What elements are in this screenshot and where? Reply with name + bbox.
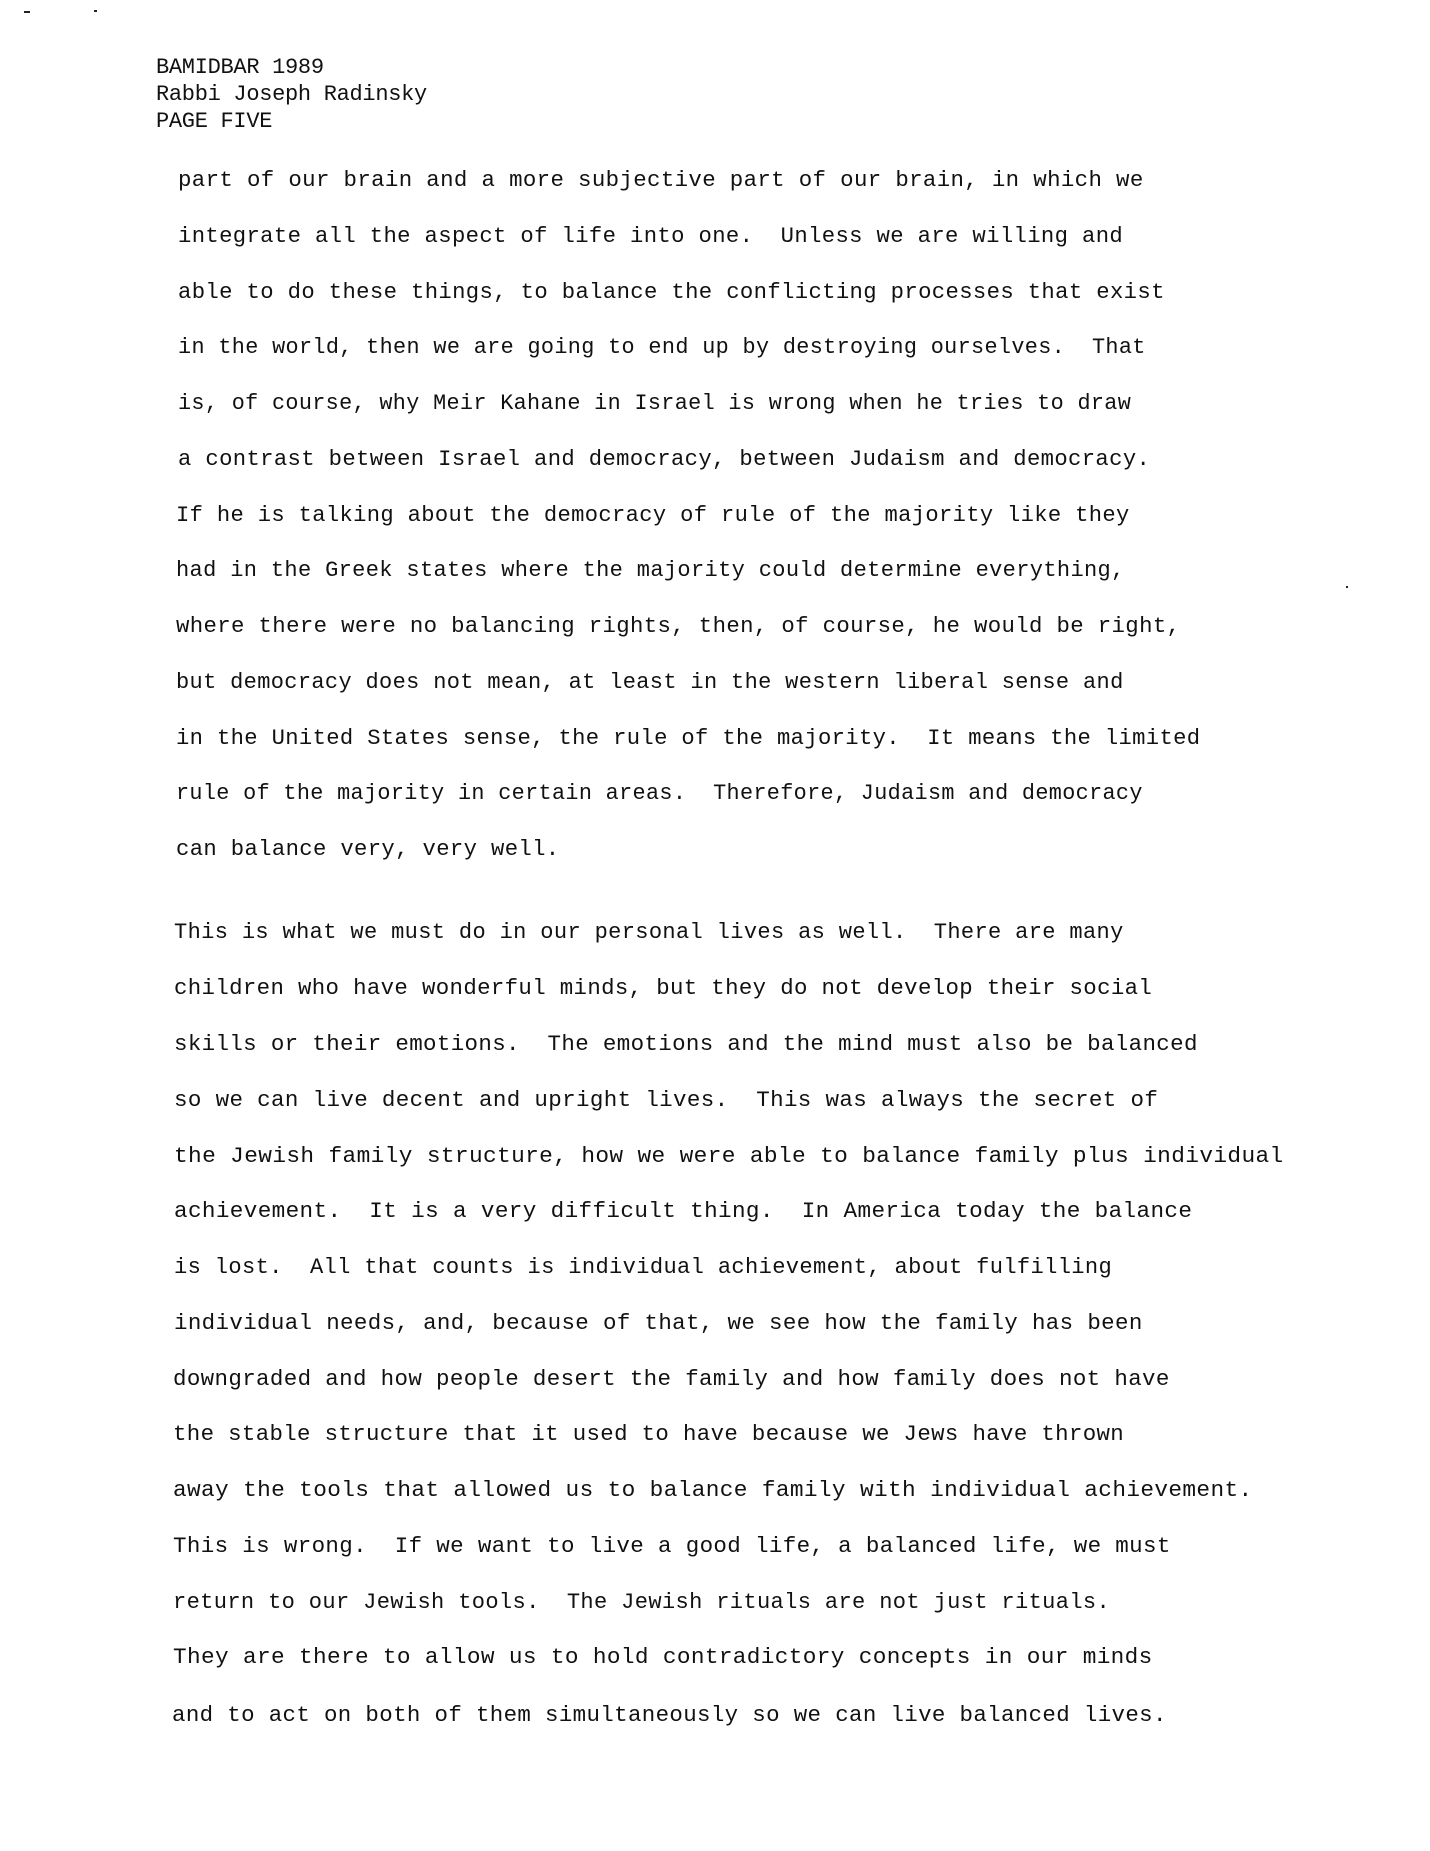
text-line: This is wrong. If we want to live a good…	[173, 1534, 1171, 1560]
scan-artifact	[24, 11, 30, 13]
text-line: a contrast between Israel and democracy,…	[178, 447, 1150, 473]
text-line: had in the Greek states where the majori…	[176, 558, 1125, 584]
text-line: and to act on both of them simultaneousl…	[172, 1703, 1167, 1729]
text-line: is lost. All that counts is individual a…	[174, 1255, 1112, 1281]
text-line: downgraded and how people desert the fam…	[173, 1367, 1170, 1393]
text-line: so we can live decent and upright lives.…	[174, 1088, 1158, 1114]
text-line: This is what we must do in our personal …	[174, 920, 1124, 946]
text-line: the stable structure that it used to hav…	[173, 1422, 1124, 1448]
text-line: children who have wonderful minds, but t…	[174, 976, 1152, 1002]
text-line: achievement. It is a very difficult thin…	[174, 1199, 1192, 1225]
text-line: but democracy does not mean, at least in…	[176, 670, 1124, 696]
text-line: away the tools that allowed us to balanc…	[173, 1478, 1253, 1504]
text-line: able to do these things, to balance the …	[178, 280, 1165, 306]
document-author: Rabbi Joseph Radinsky	[156, 81, 427, 108]
text-line: individual needs, and, because of that, …	[174, 1311, 1143, 1337]
document-header: BAMIDBAR 1989 Rabbi Joseph Radinsky PAGE…	[156, 54, 427, 135]
text-line: the Jewish family structure, how we were…	[174, 1144, 1284, 1170]
text-line: in the United States sense, the rule of …	[176, 726, 1200, 752]
text-line: is, of course, why Meir Kahane in Israel…	[178, 391, 1131, 417]
text-line: in the world, then we are going to end u…	[178, 335, 1146, 361]
page-label: PAGE FIVE	[156, 108, 427, 135]
text-line: return to our Jewish tools. The Jewish r…	[173, 1590, 1110, 1616]
text-line: If he is talking about the democracy of …	[176, 503, 1130, 529]
scan-artifact	[94, 10, 97, 12]
text-line: can balance very, very well.	[176, 837, 559, 863]
document-title: BAMIDBAR 1989	[156, 54, 427, 81]
scan-artifact	[1346, 586, 1348, 588]
text-line: where there were no balancing rights, th…	[176, 614, 1180, 640]
text-line: rule of the majority in certain areas. T…	[176, 781, 1143, 807]
text-line: They are there to allow us to hold contr…	[173, 1645, 1153, 1671]
text-line: integrate all the aspect of life into on…	[178, 224, 1123, 250]
text-line: part of our brain and a more subjective …	[178, 168, 1144, 194]
text-line: skills or their emotions. The emotions a…	[174, 1032, 1198, 1058]
